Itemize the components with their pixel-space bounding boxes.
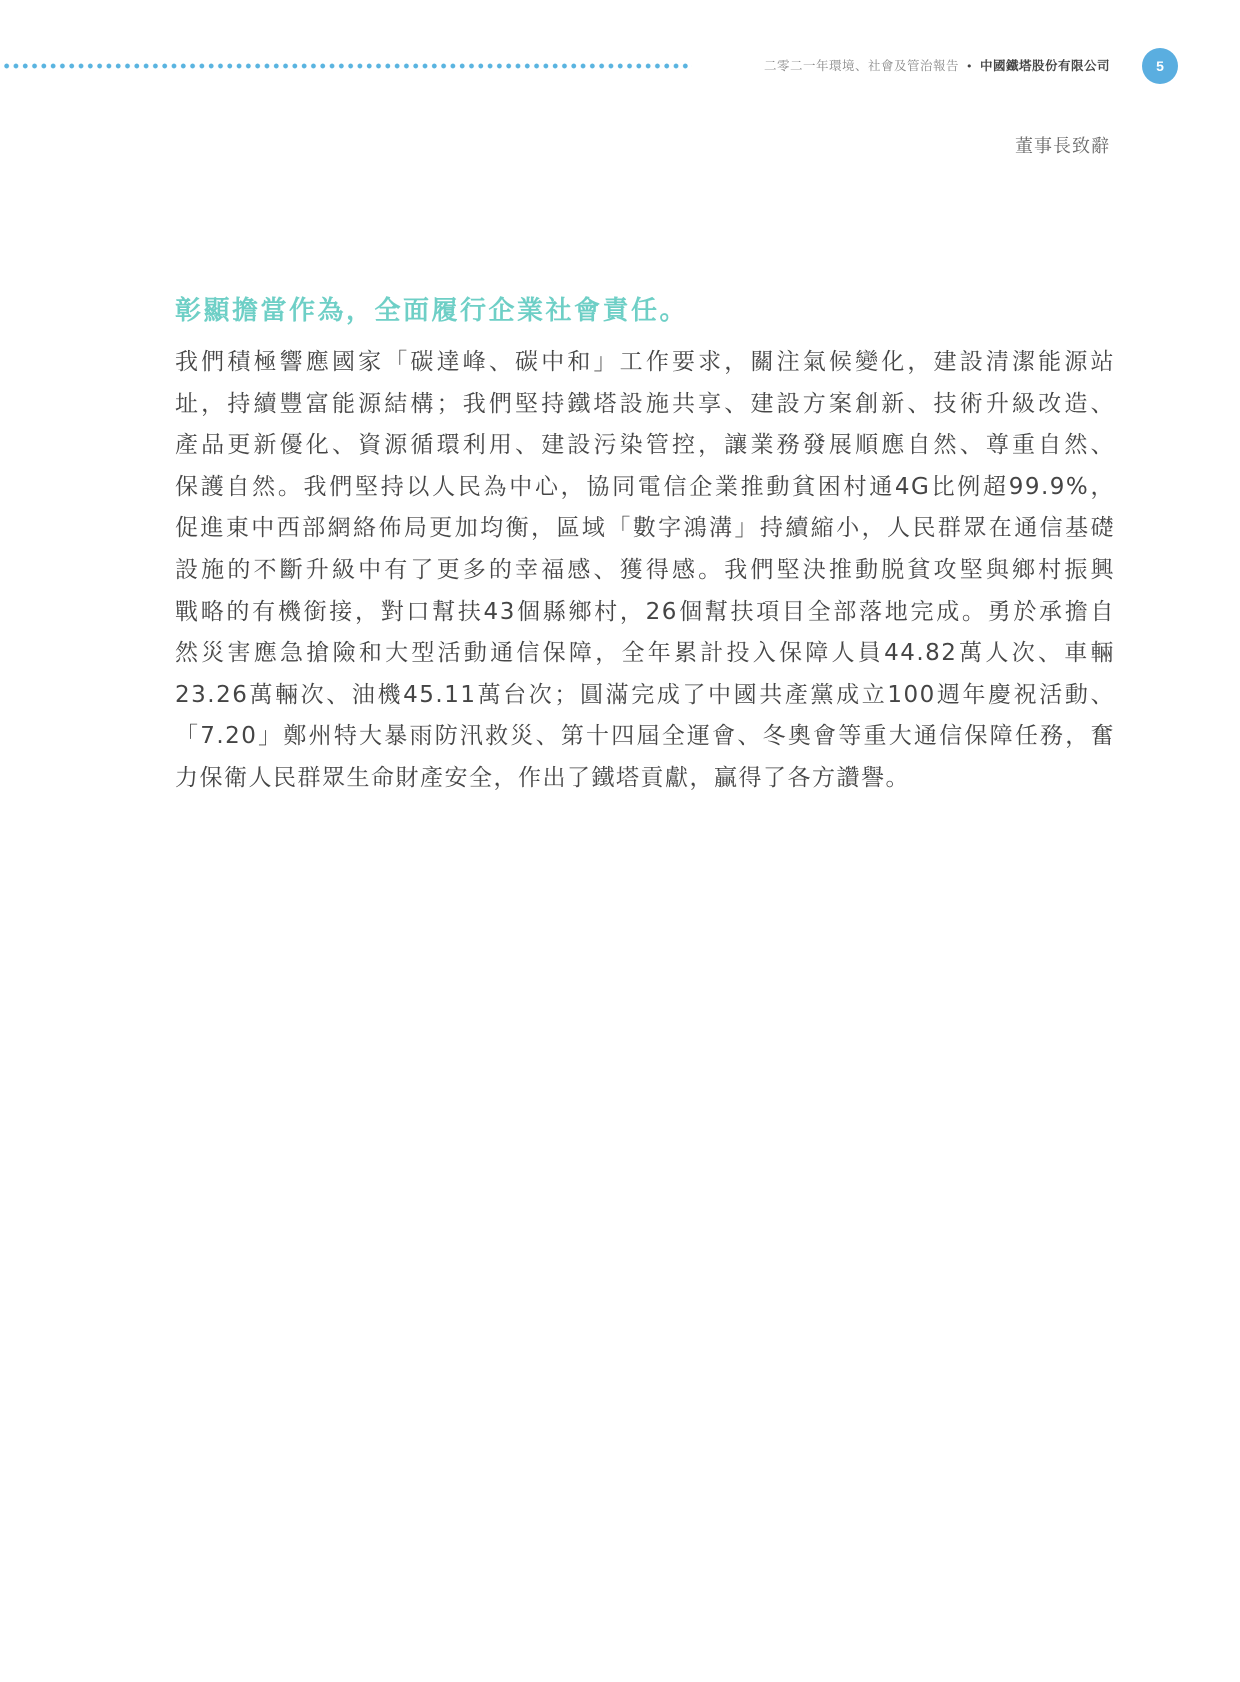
paragraph-line: 「7.20」鄭州特大暴雨防汛救災、第十四屆全運會、冬奧會等重大通信保障任務，奮 [175, 716, 1115, 758]
dotted-header-rule [2, 63, 692, 69]
paragraph-line: 促進東中西部網絡佈局更加均衡，區域「數字鴻溝」持續縮小，人民群眾在通信基礎 [175, 508, 1115, 550]
paragraph-line: 然災害應急搶險和大型活動通信保障，全年累計投入保障人員44.82萬人次、車輛 [175, 633, 1115, 675]
section-heading: 彰顯擔當作為，全面履行企業社會責任。 [175, 290, 688, 327]
body-paragraph: 我們積極響應國家「碳達峰、碳中和」工作要求，關注氣候變化，建設清潔能源站 址，持… [175, 342, 1115, 800]
paragraph-line: 力保衛人民群眾生命財產安全，作出了鐵塔貢獻，贏得了各方讚譽。 [175, 758, 1115, 800]
section-label: 董事長致辭 [1015, 132, 1110, 158]
paragraph-line: 戰略的有機銜接，對口幫扶43個縣鄉村，26個幫扶項目全部落地完成。勇於承擔自 [175, 592, 1115, 634]
bullet-separator-icon: • [966, 60, 973, 73]
paragraph-line: 址，持續豐富能源結構；我們堅持鐵塔設施共享、建設方案創新、技術升級改造、 [175, 384, 1115, 426]
paragraph-line: 我們積極響應國家「碳達峰、碳中和」工作要求，關注氣候變化，建設清潔能源站 [175, 342, 1115, 384]
paragraph-line: 23.26萬輛次、油機45.11萬台次；圓滿完成了中國共產黨成立100週年慶祝活… [175, 675, 1115, 717]
paragraph-line: 設施的不斷升級中有了更多的幸福感、獲得感。我們堅決推動脱貧攻堅與鄉村振興 [175, 550, 1115, 592]
paragraph-line: 保護自然。我們堅持以人民為中心，協同電信企業推動貧困村通4G比例超99.9%， [175, 467, 1115, 509]
running-header: 二零二一年環境、社會及管治報告•中國鐵塔股份有限公司 [764, 56, 1110, 77]
report-title: 二零二一年環境、社會及管治報告 [764, 58, 959, 73]
company-name: 中國鐵塔股份有限公司 [980, 58, 1110, 73]
paragraph-line: 產品更新優化、資源循環利用、建設污染管控，讓業務發展順應自然、尊重自然、 [175, 425, 1115, 467]
page-number-badge: 5 [1142, 48, 1178, 84]
